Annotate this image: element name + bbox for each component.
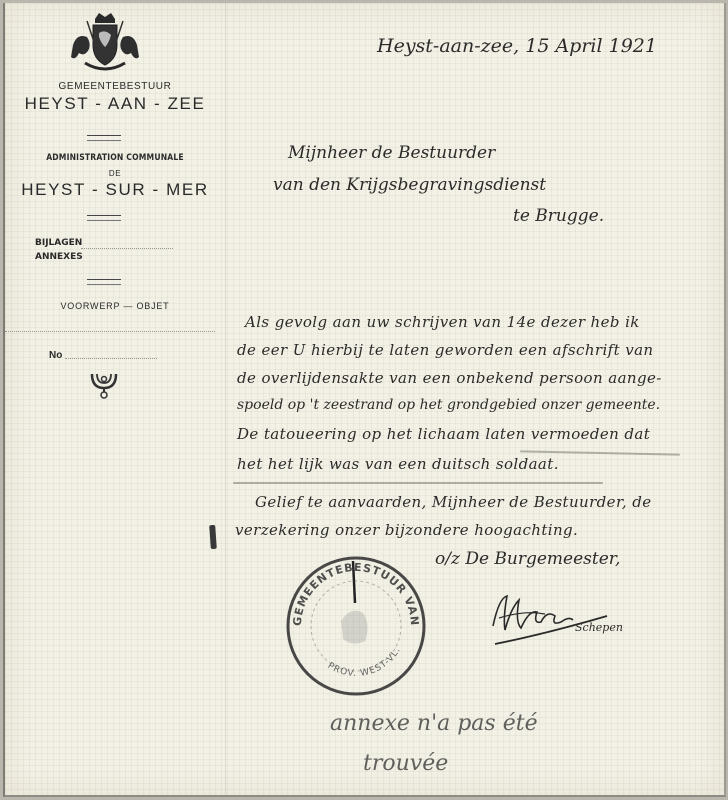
closing-line: Gelief te aanvaarden, Mijnheer de Bestuu… bbox=[255, 493, 651, 511]
letterhead-line1: GEMEENTEBESTUUR bbox=[5, 81, 225, 92]
divider bbox=[87, 215, 121, 221]
number-field bbox=[65, 358, 157, 359]
annexes-field bbox=[81, 248, 173, 249]
place-date: Heyst-aan-zee, 15 April 1921 bbox=[377, 35, 657, 57]
number-label: No bbox=[49, 350, 62, 361]
coat-of-arms-icon bbox=[63, 9, 147, 79]
recipient-line1: Mijnheer de Bestuurder bbox=[288, 143, 495, 163]
svg-text:PROV. WEST-VL.: PROV. WEST-VL. bbox=[326, 645, 403, 679]
recipient-line2: van den Krijgsbegravingsdienst bbox=[273, 175, 546, 195]
letter-page: GEMEENTEBESTUUR HEYST - AAN - ZEE ADMINI… bbox=[3, 3, 726, 797]
signatory-role: Schepen bbox=[575, 621, 623, 634]
signatory-title: o/z De Burgemeester, bbox=[435, 549, 620, 569]
margin-fold-line bbox=[225, 3, 226, 795]
annexes-label-fr: ANNEXES bbox=[35, 252, 83, 262]
pencil-annotation-line2: trouvée bbox=[363, 751, 448, 776]
margin-mark bbox=[209, 525, 217, 549]
seal-bottom-text: PROV. WEST-VL. bbox=[326, 645, 403, 679]
body-line: Als gevolg aan uw schrijven van 14e deze… bbox=[245, 313, 640, 331]
letterhead-municipality-nl: HEYST - AAN - ZEE bbox=[5, 94, 225, 114]
divider bbox=[87, 135, 121, 141]
letterhead-municipality-fr: HEYST - SUR - MER bbox=[5, 180, 225, 200]
body-line: de eer U hierbij te laten geworden een a… bbox=[237, 341, 653, 359]
subject-field bbox=[5, 331, 215, 332]
pencil-annotation-line1: annexe n'a pas été bbox=[330, 711, 538, 736]
recipient-line3: te Brugge. bbox=[513, 206, 604, 226]
postal-horn-icon bbox=[89, 370, 119, 400]
subject-label: VOORWERP — OBJET bbox=[5, 301, 225, 311]
letterhead-line3: ADMINISTRATION COMMUNALE bbox=[22, 153, 209, 163]
signature bbox=[485, 588, 635, 648]
body-line: het het lijk was van een duitsch soldaat… bbox=[237, 455, 559, 473]
letterhead-line4: DE bbox=[5, 169, 225, 178]
body-line: De tatoueering op het lichaam laten verm… bbox=[237, 425, 650, 443]
body-line: de overlijdensakte van een onbekend pers… bbox=[237, 369, 662, 387]
pencil-underline bbox=[233, 482, 603, 484]
divider bbox=[87, 279, 121, 285]
body-line: spoeld op 't zeestrand op het grondgebie… bbox=[237, 397, 660, 413]
closing-line: verzekering onzer bijzondere hoogachting… bbox=[235, 521, 578, 539]
annexes-label-nl: BIJLAGEN bbox=[35, 238, 82, 248]
municipal-seal-stamp: GEMEENTEBESTUUR VAN HEYST-AAN-ZEE PROV. … bbox=[281, 551, 431, 701]
